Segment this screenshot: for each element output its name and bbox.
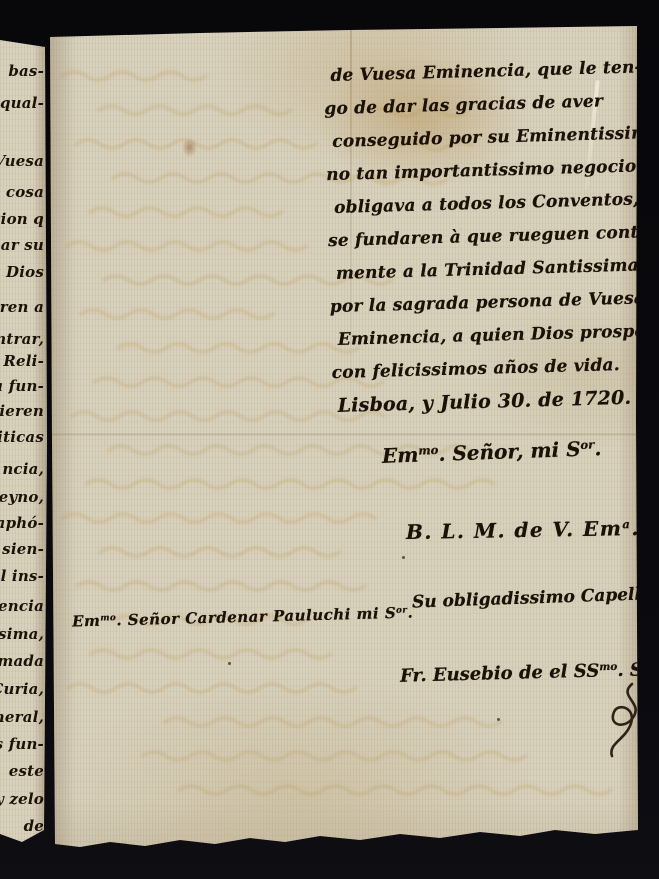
text-segment: Em bbox=[72, 612, 101, 631]
fragment-line: rmada bbox=[0, 652, 44, 670]
text-segment: . bbox=[407, 604, 413, 622]
fragment-line: y zelo bbox=[0, 790, 44, 808]
facing-page-edge: bas- qual- Vuesa cosa cion q ar su Dios … bbox=[0, 40, 47, 852]
fragment-line: este bbox=[9, 762, 44, 780]
paper-stain-spot bbox=[182, 138, 197, 157]
letter-body: de Vuesa Eminencia, que le ten- go de da… bbox=[330, 51, 659, 423]
ink-speck bbox=[402, 556, 405, 559]
fragment-line: la fun- bbox=[0, 377, 44, 395]
fragment-line: cion q bbox=[0, 210, 44, 228]
fragment-line: Curia, bbox=[0, 680, 44, 698]
fragment-line: ntrar, bbox=[0, 330, 44, 348]
text-segment: mo bbox=[599, 661, 617, 673]
text-segment: or bbox=[396, 605, 408, 615]
fragment-line: issima, bbox=[0, 625, 44, 643]
text-segment: mo bbox=[100, 613, 116, 623]
fragment-line: Reyno, bbox=[0, 488, 44, 506]
fragment-line: politicas bbox=[0, 428, 44, 446]
fragment-line: qual- bbox=[0, 94, 44, 112]
text-segment: Em bbox=[382, 443, 419, 468]
courtesy-formula: B. L. M. de V. Ema. bbox=[406, 516, 640, 544]
photograph-background: bas- qual- Vuesa cosa cion q ar su Dios … bbox=[0, 0, 659, 879]
fragment-line: General, bbox=[0, 708, 44, 726]
facing-page-fragment-list: bas- qual- Vuesa cosa cion q ar su Dios … bbox=[0, 40, 47, 852]
letter-page: de Vuesa Eminencia, que le ten- go de da… bbox=[50, 20, 638, 860]
fragment-line: s quieren bbox=[0, 402, 44, 420]
text-segment: . bbox=[631, 516, 640, 540]
fragment-line: Reli- bbox=[3, 352, 44, 370]
fragment-line: bas- bbox=[8, 62, 44, 80]
fragment-line: minencia bbox=[0, 597, 44, 615]
fragment-line: ar su bbox=[1, 236, 44, 254]
fragment-line: las fun- bbox=[0, 735, 44, 753]
fragment-line: semaphó- bbox=[0, 514, 44, 532]
fragment-line: io, sien- bbox=[0, 540, 44, 558]
fragment-line: de bbox=[24, 817, 44, 835]
ink-speck bbox=[497, 718, 500, 721]
fragment-line: ncia, bbox=[2, 460, 44, 478]
ink-speck bbox=[228, 662, 231, 665]
fragment-line: Dios bbox=[6, 263, 44, 281]
text-segment: mo bbox=[418, 443, 438, 458]
fragment-line: tren a bbox=[0, 298, 44, 316]
fold-crease-horizontal bbox=[50, 433, 638, 436]
text-segment: . Señor, mi S bbox=[438, 437, 581, 466]
text-segment: . bbox=[594, 436, 602, 460]
text-segment: or bbox=[580, 437, 594, 451]
fragment-line: cosa bbox=[6, 183, 44, 201]
fragment-line: ipal ins- bbox=[0, 567, 44, 585]
text-segment: B. L. M. de V. Em bbox=[406, 516, 623, 544]
fragment-line: Vuesa bbox=[0, 152, 44, 170]
text-segment: . Sac bbox=[617, 659, 659, 681]
signature-rubric bbox=[598, 682, 648, 760]
